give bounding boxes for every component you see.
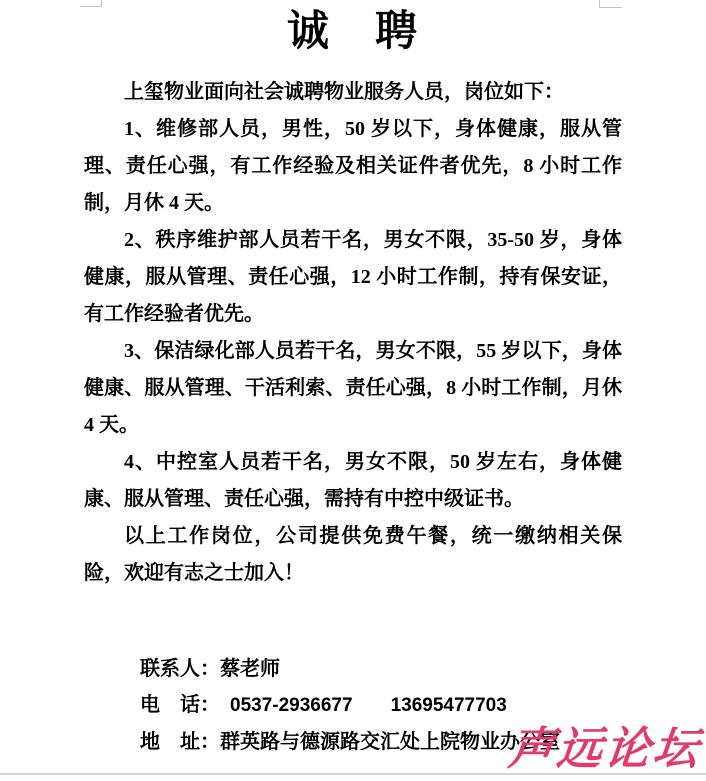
job-item-1: 1、维修部人员，男性，50 岁以下，身体健康，服从管理、责任心强，有工作经验及相… bbox=[84, 111, 622, 222]
intro-paragraph: 上玺物业面向社会诚聘物业服务人员，岗位如下： bbox=[84, 74, 622, 111]
job-item-2: 2、秩序维护部人员若干名，男女不限，35-50 岁，身体健康，服从管理、责任心强… bbox=[84, 222, 622, 333]
closing-paragraph: 以上工作岗位，公司提供免费午餐，统一缴纳相关保险，欢迎有志之士加入！ bbox=[84, 518, 622, 592]
contact-address-label: 地 址： bbox=[140, 731, 220, 753]
contact-person-label: 联系人： bbox=[140, 658, 220, 680]
contact-phone-line: 电 话：0537-293667713695477703 bbox=[140, 687, 622, 724]
margin-crop-mark-right bbox=[599, 0, 622, 8]
job-item-4: 4、中控室人员若干名，男女不限，50 岁左右，身体健康、服从管理、责任心强，需持… bbox=[84, 444, 622, 518]
contact-phone-label: 电 话： bbox=[140, 694, 220, 716]
contact-phone-1: 0537-2936677 bbox=[230, 695, 353, 716]
document-body: 上玺物业面向社会诚聘物业服务人员，岗位如下： 1、维修部人员，男性，50 岁以下… bbox=[0, 74, 706, 760]
contact-person-line: 联系人：蔡老师 bbox=[140, 651, 622, 687]
margin-crop-mark-left bbox=[80, 0, 102, 7]
document-page: 诚 聘 上玺物业面向社会诚聘物业服务人员，岗位如下： 1、维修部人员，男性，50… bbox=[0, 0, 706, 781]
contact-person-name: 蔡老师 bbox=[220, 658, 280, 680]
page-title: 诚 聘 bbox=[0, 0, 706, 58]
job-item-3: 3、保洁绿化部人员若干名，男女不限，55 岁以下，身体健康、服从管理、干活利索、… bbox=[84, 333, 622, 444]
contact-phone-2: 13695477703 bbox=[391, 695, 507, 716]
forum-watermark-logo: 声远论坛 bbox=[506, 724, 703, 774]
